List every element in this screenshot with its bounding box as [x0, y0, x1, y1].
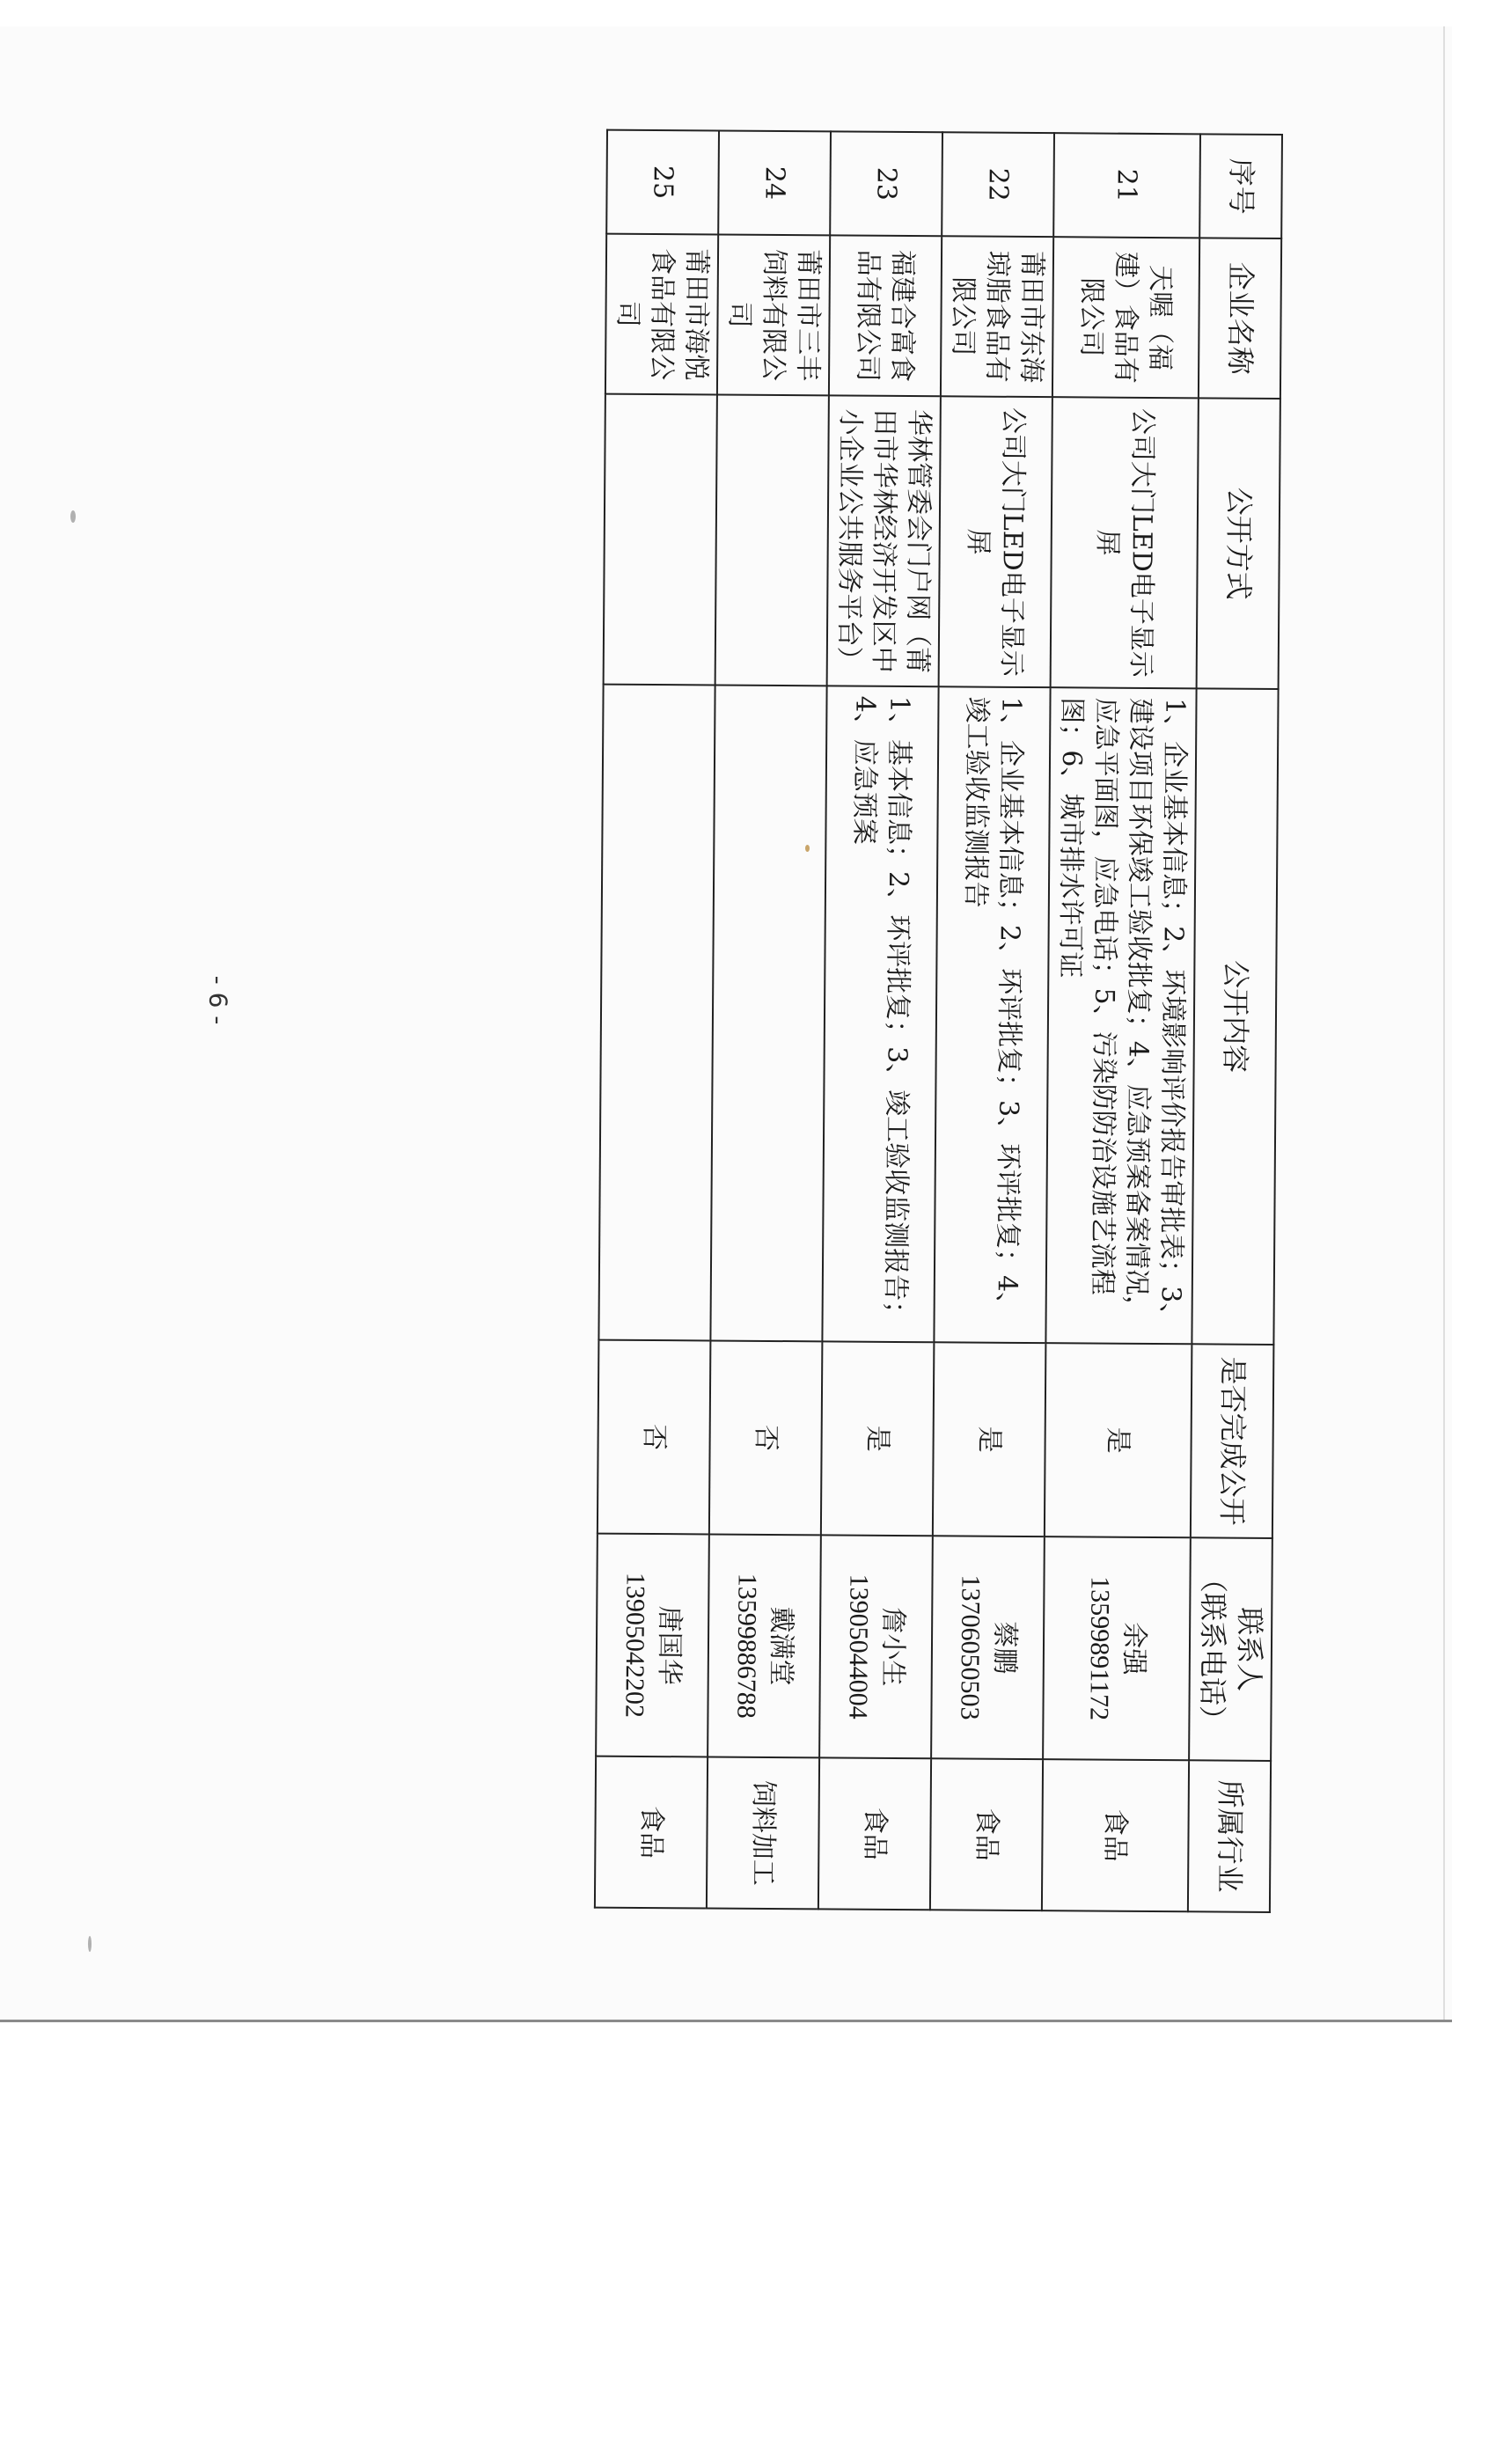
table-row: 21天喔（福建）食品有限公司公司大门LED电子显示屏1、企业基本信息；2、环境影…: [1042, 133, 1200, 1911]
cell-content: 1、企业基本信息；2、环境影响评价报告审批表；3、建设项目环保竣工验收批复；4、…: [1045, 687, 1196, 1344]
cell-contact: 詹小生13905044004: [819, 1535, 933, 1758]
contact-name: 唐国华: [651, 1544, 687, 1747]
cell-company: 莆田市海悦食品有限公司: [605, 234, 718, 395]
cell-company: 莆田市东海琼脂食品有限公司: [941, 236, 1053, 397]
header-company: 企业名称: [1199, 238, 1281, 399]
cell-industry: 饲料加工: [707, 1756, 819, 1909]
cell-content: 1、基本信息；2、环评批复；3、竣工验收监测报告；4、应急预案: [822, 686, 938, 1342]
cell-industry: 食品: [818, 1757, 931, 1910]
cell-index: 21: [1053, 133, 1200, 238]
cell-index: 22: [942, 132, 1054, 237]
cell-contact: 戴满堂13599886788: [708, 1534, 821, 1757]
cell-method: [715, 395, 828, 686]
contact-phone: 13706050503: [952, 1545, 988, 1749]
contact-phone: 13905044004: [840, 1545, 876, 1749]
header-content: 公开内容: [1192, 688, 1278, 1345]
scan-speck: [70, 510, 76, 523]
contact-name: 蔡鹏: [986, 1546, 1023, 1749]
cell-industry: 食品: [930, 1758, 1043, 1910]
cell-contact: 蔡鹏13706050503: [931, 1536, 1045, 1759]
cell-content: [598, 685, 715, 1341]
cell-index: 25: [606, 130, 719, 235]
table-row: 24莆田市三丰饲料有限公司否戴满堂13599886788饲料加工: [707, 131, 831, 1910]
cell-content: 1、企业基本信息；2、环评批复；3、环评批复；4、竣工验收监测报告: [934, 686, 1050, 1343]
cell-index: 23: [830, 131, 942, 236]
contact-phone: 13599891172: [1082, 1546, 1118, 1749]
cell-company: 莆田市三丰饲料有限公司: [717, 235, 830, 396]
cell-contact: 唐国华13905042202: [596, 1534, 709, 1757]
header-index: 序号: [1199, 134, 1282, 238]
contact-name: 詹小生: [875, 1545, 911, 1749]
page-edge: [1443, 26, 1445, 2020]
disclosure-table: 序号 企业名称 公开方式 公开内容 是否完成公开 联系人 （联系电话） 所属行业…: [594, 129, 1283, 1913]
table-header-row: 序号 企业名称 公开方式 公开内容 是否完成公开 联系人 （联系电话） 所属行业: [1188, 134, 1282, 1912]
cell-completed: 是: [821, 1341, 935, 1536]
header-contact: 联系人 （联系电话）: [1189, 1537, 1272, 1761]
header-completed: 是否完成公开: [1191, 1344, 1274, 1538]
contact-name: 余强: [1116, 1547, 1152, 1750]
cell-method: 公司大门LED电子显示屏: [1050, 397, 1198, 688]
contact-name: 戴满堂: [763, 1544, 799, 1748]
cell-industry: 食品: [1042, 1759, 1189, 1911]
table-row: 25莆田市海悦食品有限公司否唐国华13905042202食品: [595, 130, 719, 1909]
contact-phone: 13905042202: [617, 1544, 653, 1747]
page-number: - 6 -: [203, 976, 232, 1025]
header-industry: 所属行业: [1188, 1760, 1271, 1912]
cell-completed: 否: [598, 1340, 711, 1535]
cell-completed: 是: [1045, 1343, 1192, 1537]
cell-method: 公司大门LED电子显示屏: [938, 396, 1052, 687]
disclosure-table-rotated: 序号 企业名称 公开方式 公开内容 是否完成公开 联系人 （联系电话） 所属行业…: [664, 129, 1283, 1911]
cell-completed: 否: [709, 1340, 823, 1535]
cell-completed: 是: [933, 1342, 1046, 1536]
contact-phone: 13599886788: [729, 1544, 765, 1748]
header-method: 公开方式: [1196, 398, 1280, 689]
cell-content: [710, 686, 826, 1342]
cell-contact: 余强13599891172: [1043, 1536, 1191, 1760]
table-row: 22莆田市东海琼脂食品有限公司公司大门LED电子显示屏1、企业基本信息；2、环评…: [930, 132, 1054, 1910]
scan-speck: [805, 845, 810, 852]
cell-index: 24: [718, 131, 831, 236]
table-row: 23福建合富食品有限公司华林管委会门户网（莆田市华林经济开发区中小企业公共服务平…: [818, 131, 942, 1910]
cell-method: 华林管委会门户网（莆田市华林经济开发区中小企业公共服务平台）: [826, 395, 940, 686]
cell-method: [603, 394, 716, 686]
cell-industry: 食品: [595, 1756, 708, 1909]
scan-speck: [88, 1936, 92, 1952]
cell-company: 福建合富食品有限公司: [829, 235, 942, 396]
cell-company: 天喔（福建）食品有限公司: [1052, 237, 1199, 398]
